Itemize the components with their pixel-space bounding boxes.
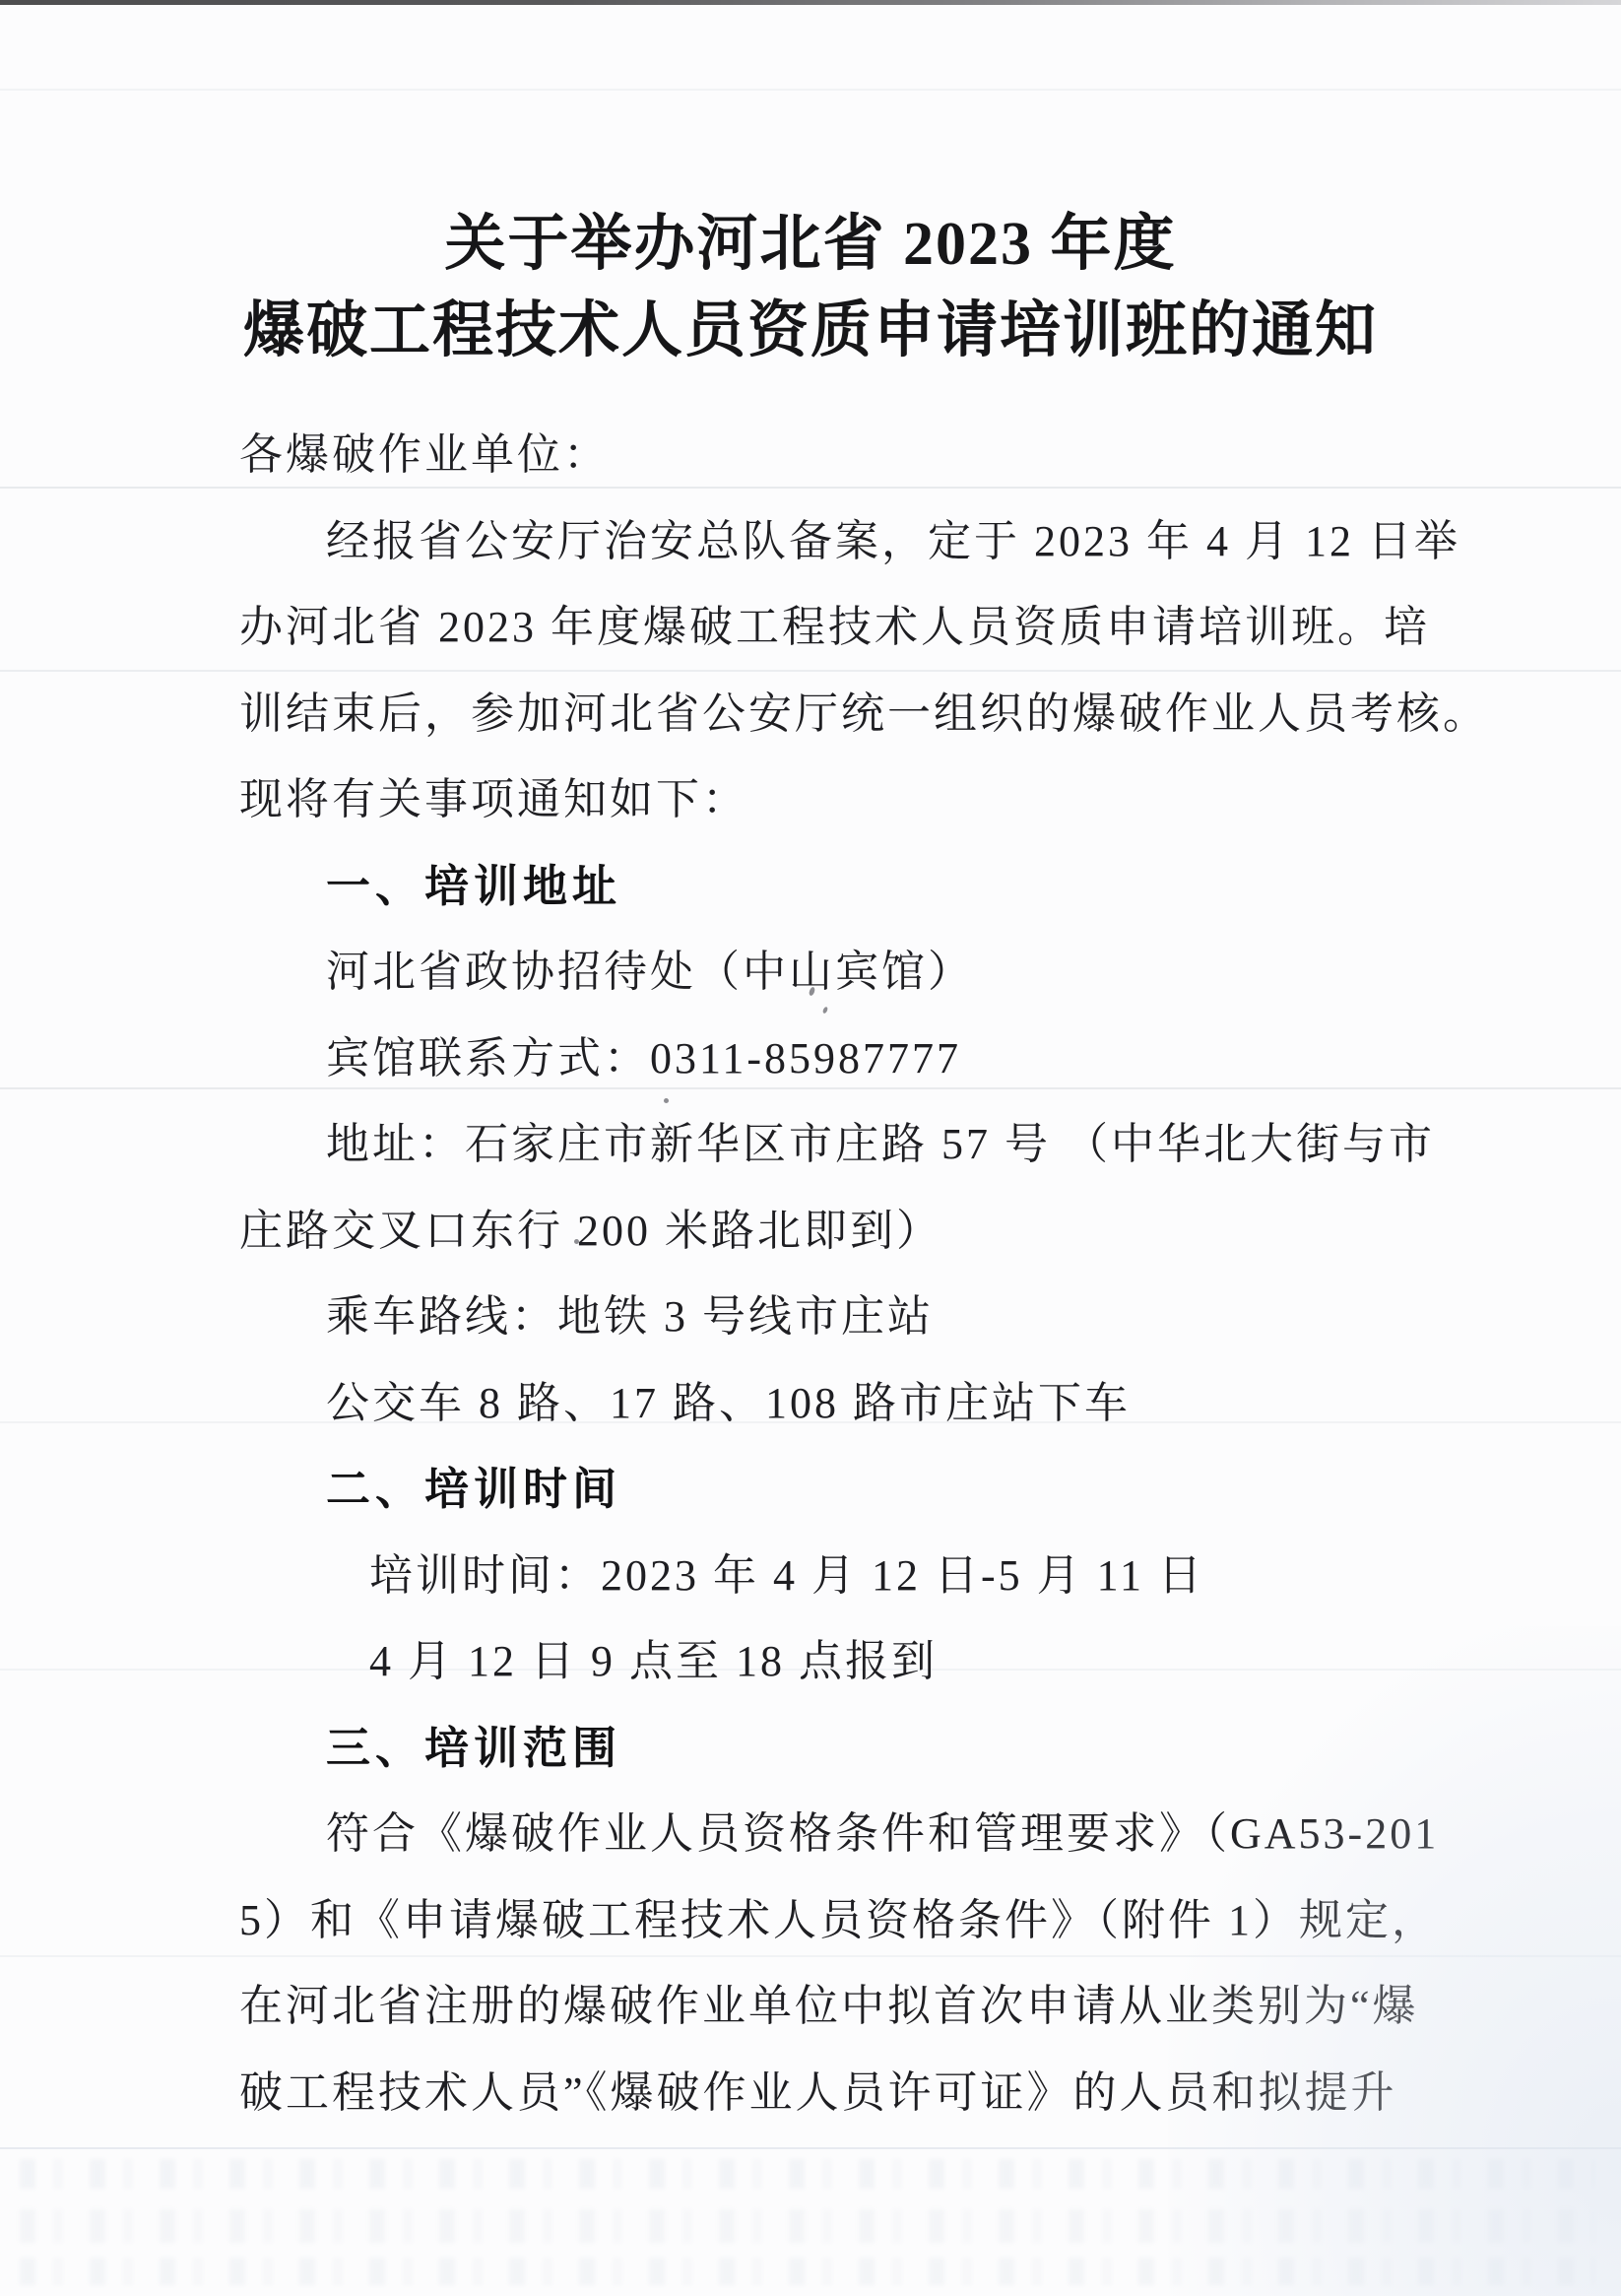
- scanned-notice-page: 关于举办河北省 2023 年度 爆破工程技术人员资质申请培训班的通知 各爆破作业…: [0, 0, 1621, 2296]
- intro-line: 办河北省 2023 年度爆破工程技术人员资质申请培训班。培: [239, 584, 1396, 671]
- salutation-line: 各爆破作业单位：: [239, 412, 1396, 498]
- notice-title: 关于举办河北省 2023 年度 爆破工程技术人员资质申请培训班的通知: [0, 201, 1621, 374]
- training-dates-line: 培训时间：2023 年 4 月 12 日-5 月 11 日: [239, 1533, 1396, 1619]
- intro-line: 经报省公安厅治安总队备案，定于 2023 年 4 月 12 日举: [239, 498, 1396, 585]
- intro-line: 现将有关事项通知如下：: [239, 756, 1396, 843]
- scan-speck: [574, 1239, 579, 1244]
- metro-route-line: 乘车路线：地铁 3 号线市庄站: [239, 1274, 1396, 1360]
- training-venue-line: 河北省政协招待处（中山宾馆）: [239, 929, 1396, 1016]
- notice-title-line-1: 关于举办河北省 2023 年度: [0, 201, 1621, 288]
- address-line: 地址：石家庄市新华区市庄路 57 号 （中华北大街与市: [239, 1101, 1396, 1188]
- address-line: 庄路交叉口东行 200 米路北即到）: [239, 1188, 1396, 1275]
- scan-streak: [0, 89, 1621, 91]
- scan-top-edge-artifact: [0, 0, 1621, 5]
- scan-corner-tint: [1168, 1626, 1621, 2296]
- notice-title-line-2: 爆破工程技术人员资质申请培训班的通知: [0, 288, 1621, 374]
- section-2-heading: 二、培训时间: [239, 1446, 1396, 1533]
- section-1-heading: 一、培训地址: [239, 843, 1396, 930]
- hotel-phone-line: 宾馆联系方式：0311-85987777: [239, 1016, 1396, 1102]
- scan-speck: [664, 1098, 669, 1103]
- bus-route-line: 公交车 8 路、17 路、108 路市庄站下车: [239, 1360, 1396, 1447]
- intro-line: 训结束后，参加河北省公安厅统一组织的爆破作业人员考核。: [239, 671, 1396, 757]
